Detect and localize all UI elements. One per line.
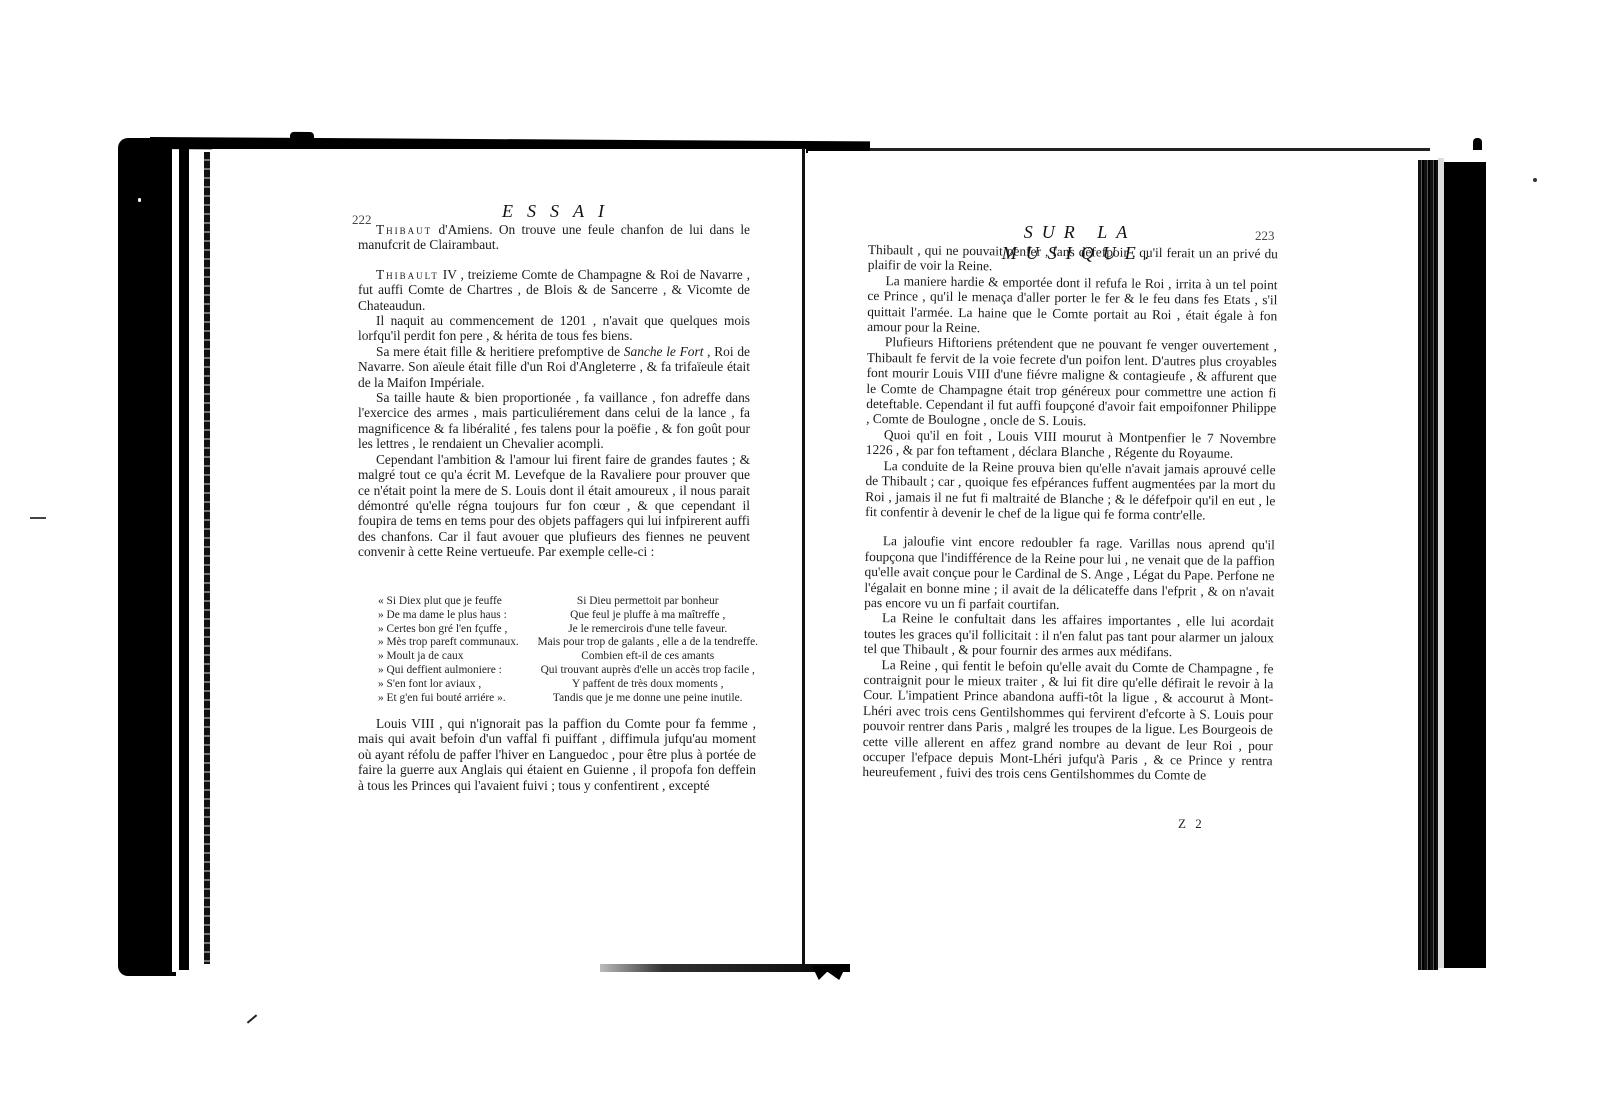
verse-block: « Si Diex plut que je feuffe » De ma dam…	[378, 595, 758, 705]
bottom-spine-notch	[812, 966, 846, 980]
paragraph: La Reine , qui fentit le befoin qu'elle …	[862, 657, 1273, 785]
left-page-body: Thibaut d'Amiens. On trouve une feule ch…	[358, 222, 750, 560]
paragraph-text: Sa mere était fille & heritiere prefompt…	[376, 344, 624, 359]
bookmark-tab	[1473, 138, 1482, 150]
verse-line: Si Dieu permettoit par bonheur	[537, 595, 758, 609]
paragraph: La jaloufie vint encore redoubler fa rag…	[864, 533, 1275, 614]
paragraph: Louis VIII , qui n'ignorait pas la paffi…	[358, 716, 756, 793]
verse-line: » S'en font lor aviaux ,	[378, 678, 519, 692]
verse-translation: Si Dieu permettoit par bonheur Que feul …	[537, 595, 758, 705]
verse-line: « Si Diex plut que je feuffe	[378, 595, 519, 609]
entry-name: Thibault	[376, 267, 439, 282]
signature-mark: Z 2	[1178, 816, 1205, 832]
paragraph: La Reine le confultait dans les affaires…	[864, 610, 1274, 661]
bottom-edge	[600, 964, 850, 972]
left-page-edge	[179, 148, 189, 970]
verse-line: » Moult ja de caux	[378, 650, 519, 664]
right-page-stack	[1418, 160, 1438, 970]
entry-name: Thibaut	[376, 222, 432, 237]
scan-artifact	[30, 517, 46, 519]
paragraph: Plufieurs Hiftoriens prétendent que ne p…	[866, 334, 1277, 431]
left-page-edge	[190, 150, 202, 965]
book-gutter	[802, 148, 805, 968]
right-book-cover	[1444, 162, 1486, 968]
paragraph: Sa mere était fille & heritiere prefompt…	[358, 344, 750, 390]
right-page-body: Thibault , qui ne pouvait penfer , fans …	[868, 242, 1278, 780]
scan-artifact	[247, 1014, 257, 1023]
left-page-stack	[204, 152, 210, 964]
verse-line: Mais pour trop de galants , elle a de la…	[537, 636, 758, 650]
scan-artifact	[1533, 178, 1537, 182]
left-running-head: ESSAI	[480, 201, 640, 222]
paragraph: La maniere hardie & emportée dont il ref…	[867, 273, 1278, 339]
paragraph: La conduite de la Reine prouva bien qu'e…	[865, 458, 1276, 524]
verse-line: » Certes bon gré l'en fçuffe ,	[378, 623, 519, 637]
verse-line: Qui trouvant auprès d'elle un accès trop…	[537, 664, 758, 678]
verse-line: Y paffent de très doux moments ,	[537, 678, 758, 692]
verse-line: » De ma dame le plus haus :	[378, 609, 519, 623]
verse-line: » Mès trop pareft communaux.	[378, 636, 519, 650]
paragraph: Quoi qu'il en foit , Louis VIII mourut à…	[866, 427, 1276, 462]
verse-line: Tandis que je me donne une peine inutile…	[537, 692, 758, 706]
left-closing-paragraph: Louis VIII , qui n'ignorait pas la paffi…	[358, 716, 756, 793]
verse-original: « Si Diex plut que je feuffe » De ma dam…	[378, 595, 519, 705]
verse-line: Je le remercirois d'une telle faveur.	[537, 623, 758, 637]
verse-line: » Qui deffient aulmoniere :	[378, 664, 519, 678]
paragraph: Thibault IV , treizieme Comte de Champag…	[358, 267, 750, 313]
paragraph: Cependant l'ambition & l'amour lui firen…	[358, 452, 750, 560]
paragraph: Thibault , qui ne pouvait penfer , fans …	[868, 242, 1278, 277]
paragraph: Il naquit au commencement de 1201 , n'av…	[358, 313, 750, 344]
left-book-cover	[118, 138, 176, 976]
paragraph: Thibaut d'Amiens. On trouve une feule ch…	[358, 222, 750, 253]
italic-name: Sanche le Fort	[624, 344, 704, 359]
paragraph: Sa taille haute & bien proportionée , fa…	[358, 390, 750, 452]
left-page-edge	[172, 148, 178, 972]
verse-line: » Et g'en fui bouté arriére ».	[378, 692, 519, 706]
verse-line: Combien eft-il de ces amants	[537, 650, 758, 664]
verse-line: Que feul je pluffe à ma maîtreffe ,	[537, 609, 758, 623]
